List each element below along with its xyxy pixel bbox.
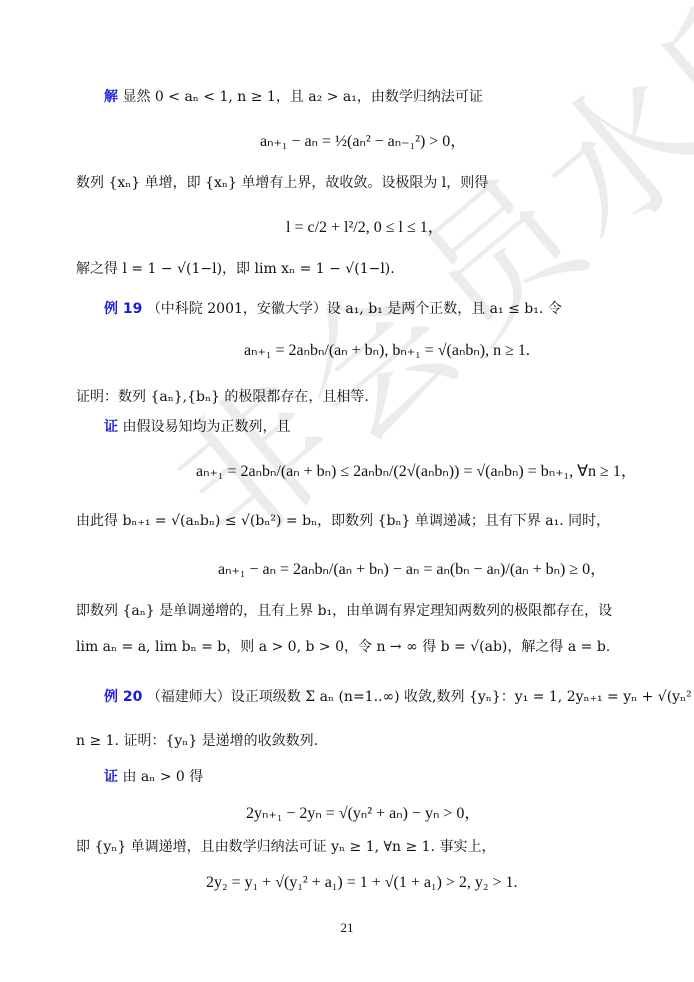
proof-line: 证 由假设易知均为正数列，且 — [104, 416, 290, 436]
equation-4: aₙ₊₁ = 2aₙbₙ/(aₙ + bₙ) ≤ 2aₙbₙ/(2√(aₙbₙ)… — [196, 458, 637, 481]
equation-5: aₙ₊₁ − aₙ = 2aₙbₙ/(aₙ + bₙ) − aₙ = aₙ(bₙ… — [218, 556, 606, 579]
solution-label: 解 — [104, 89, 118, 105]
solution-text: 显然 0 < aₙ < 1, n ≥ 1，且 a₂ > a₁，由数学归纳法可证 — [122, 89, 482, 105]
proof-label: 证 — [104, 419, 118, 435]
solution-line: 解 显然 0 < aₙ < 1, n ≥ 1，且 a₂ > a₁，由数学归纳法可… — [104, 86, 483, 106]
text-line-7: lim aₙ = a, lim bₙ = b，则 a > 0, b > 0，令 … — [76, 636, 610, 656]
text-line-3: 解之得 l = 1 − √(1−l)，即 lim xₙ = 1 − √(1−l)… — [76, 258, 395, 278]
equation-2: l = c/2 + l²/2, 0 ≤ l ≤ 1， — [286, 214, 444, 237]
example-19-text: （中科院 2001，安徽大学）设 a₁, b₁ 是两个正数，且 a₁ ≤ b₁.… — [147, 301, 562, 317]
text-line-2: 数列 {xₙ} 单增，即 {xₙ} 单增有上界，故收敛。设极限为 l，则得 — [76, 172, 488, 192]
example-19: 例 19 （中科院 2001，安徽大学）设 a₁, b₁ 是两个正数，且 a₁ … — [104, 298, 562, 318]
text-line-9: 即 {yₙ} 单调递增，且由数学归纳法可证 yₙ ≥ 1, ∀n ≥ 1. 事实… — [76, 836, 495, 856]
proof-text: 由假设易知均为正数列，且 — [122, 419, 290, 435]
example-19-label: 例 19 — [104, 301, 142, 317]
example-20-text: （福建师大）设正项级数 Σ aₙ (n=1..∞) 收敛,数列 {yₙ}：y₁ … — [147, 689, 694, 705]
text-line-4: 证明：数列 {aₙ},{bₙ} 的极限都存在，且相等. — [76, 386, 369, 406]
text-line-5: 由此得 bₙ₊₁ = √(aₙbₙ) ≤ √(bₙ²) = bₙ，即数列 {bₙ… — [76, 510, 610, 530]
text-line-8: n ≥ 1. 证明：{yₙ} 是递增的收敛数列. — [76, 730, 318, 750]
proof-2-text: 由 aₙ > 0 得 — [122, 769, 203, 785]
equation-3: aₙ₊₁ = 2aₙbₙ/(aₙ + bₙ), bₙ₊₁ = √(aₙbₙ), … — [244, 340, 530, 360]
equation-6: 2yₙ₊₁ − 2yₙ = √(yₙ² + aₙ) − yₙ > 0， — [246, 800, 480, 823]
equation-7: 2y₂ = y₁ + √(y₁² + a₁) = 1 + √(1 + a₁) >… — [206, 874, 518, 892]
equation-1: aₙ₊₁ − aₙ = ½(aₙ² − aₙ₋₁²) > 0， — [260, 128, 466, 151]
proof-2-label: 证 — [104, 769, 118, 785]
example-20: 例 20 （福建师大）设正项级数 Σ aₙ (n=1..∞) 收敛,数列 {yₙ… — [104, 686, 694, 706]
text-line-6: 即数列 {aₙ} 是单调递增的，且有上界 b₁，由单调有界定理知两数列的极限都存… — [76, 600, 612, 620]
proof-2-line: 证 由 aₙ > 0 得 — [104, 766, 203, 786]
page-number: 21 — [0, 920, 694, 936]
example-20-label: 例 20 — [104, 689, 142, 705]
